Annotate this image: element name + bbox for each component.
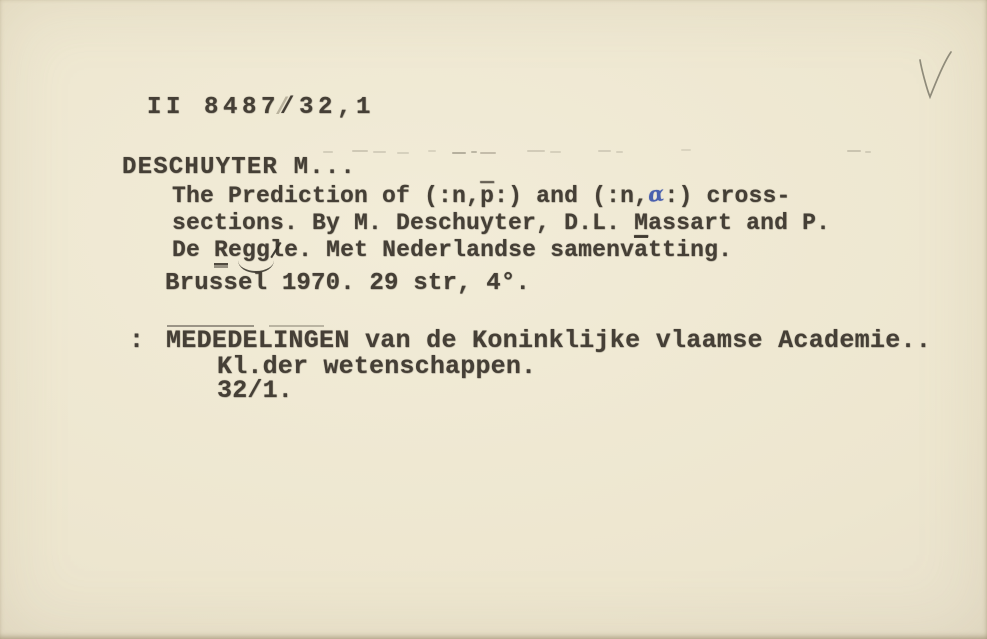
- overstruck-letter-a: a: [634, 237, 648, 263]
- title-text: sections. By M. Deschuyter, D.L.: [172, 210, 634, 236]
- erased-mark: [865, 151, 871, 153]
- series-colon-marker: :: [129, 326, 144, 355]
- catalog-card: II 8487/32,1 DESCHUYTER M... The Predict…: [0, 0, 987, 639]
- erased-mark: [681, 149, 691, 151]
- erased-mark: [527, 150, 545, 152]
- title-line-2: sections. By M. Deschuyter, D.L. Massart…: [172, 210, 830, 236]
- pencil-checkmark-icon: [906, 47, 956, 105]
- call-number-prefix: II 8487: [147, 94, 280, 121]
- erased-mark: [352, 150, 368, 152]
- erased-mark: [847, 150, 861, 152]
- title-text: assart and P.: [648, 210, 830, 236]
- title-text: e. Met Nederlandse samenv: [284, 237, 634, 263]
- erased-mark: [550, 151, 561, 153]
- erased-mark: [616, 151, 623, 153]
- erased-mark: [452, 152, 466, 154]
- title-line-1: The Prediction of (:n,p:) and (:n,α:) cr…: [172, 182, 791, 209]
- erased-mark: [373, 151, 386, 153]
- series-line-1: MEDEDELINGEN van de Koninklijke vlaamse …: [166, 326, 931, 355]
- underlined-letter-M: M: [634, 210, 648, 238]
- erased-mark: [598, 150, 611, 152]
- erased-mark: [480, 152, 496, 154]
- title-text: :) and (:n,: [494, 183, 648, 209]
- scanned-catalog-card-photo: II 8487/32,1 DESCHUYTER M... The Predict…: [0, 0, 987, 639]
- erased-mark: [471, 151, 477, 153]
- call-number-slash-overstrike: /: [280, 94, 299, 121]
- erased-mark: [323, 151, 333, 153]
- erased-mark: [397, 152, 409, 154]
- series-title: MEDEDELINGEN: [166, 326, 350, 355]
- author-heading: DESCHUYTER M...: [122, 154, 356, 181]
- underlined-letter-R: R: [214, 237, 228, 265]
- title-line-3: De Reggle. Met Nederlandse samenvatting.: [172, 237, 732, 263]
- series-line-3: 32/1.: [217, 376, 293, 405]
- series-text: van de Koninklijke vlaamse Academie..: [350, 326, 932, 355]
- title-text: De: [172, 237, 214, 263]
- handwritten-alpha-symbol: α: [647, 180, 666, 207]
- title-text: :) cross-: [664, 183, 790, 209]
- title-text-overstruck-p: p: [480, 183, 494, 209]
- call-number: II 8487/32,1: [147, 94, 375, 121]
- title-text: The Prediction of (:n,: [172, 183, 480, 209]
- call-number-suffix: 32,1: [299, 94, 375, 121]
- imprint-line: Brussel 1970. 29 str, 4°.: [165, 270, 530, 297]
- erased-mark: [428, 150, 436, 152]
- title-text: tting.: [648, 237, 732, 263]
